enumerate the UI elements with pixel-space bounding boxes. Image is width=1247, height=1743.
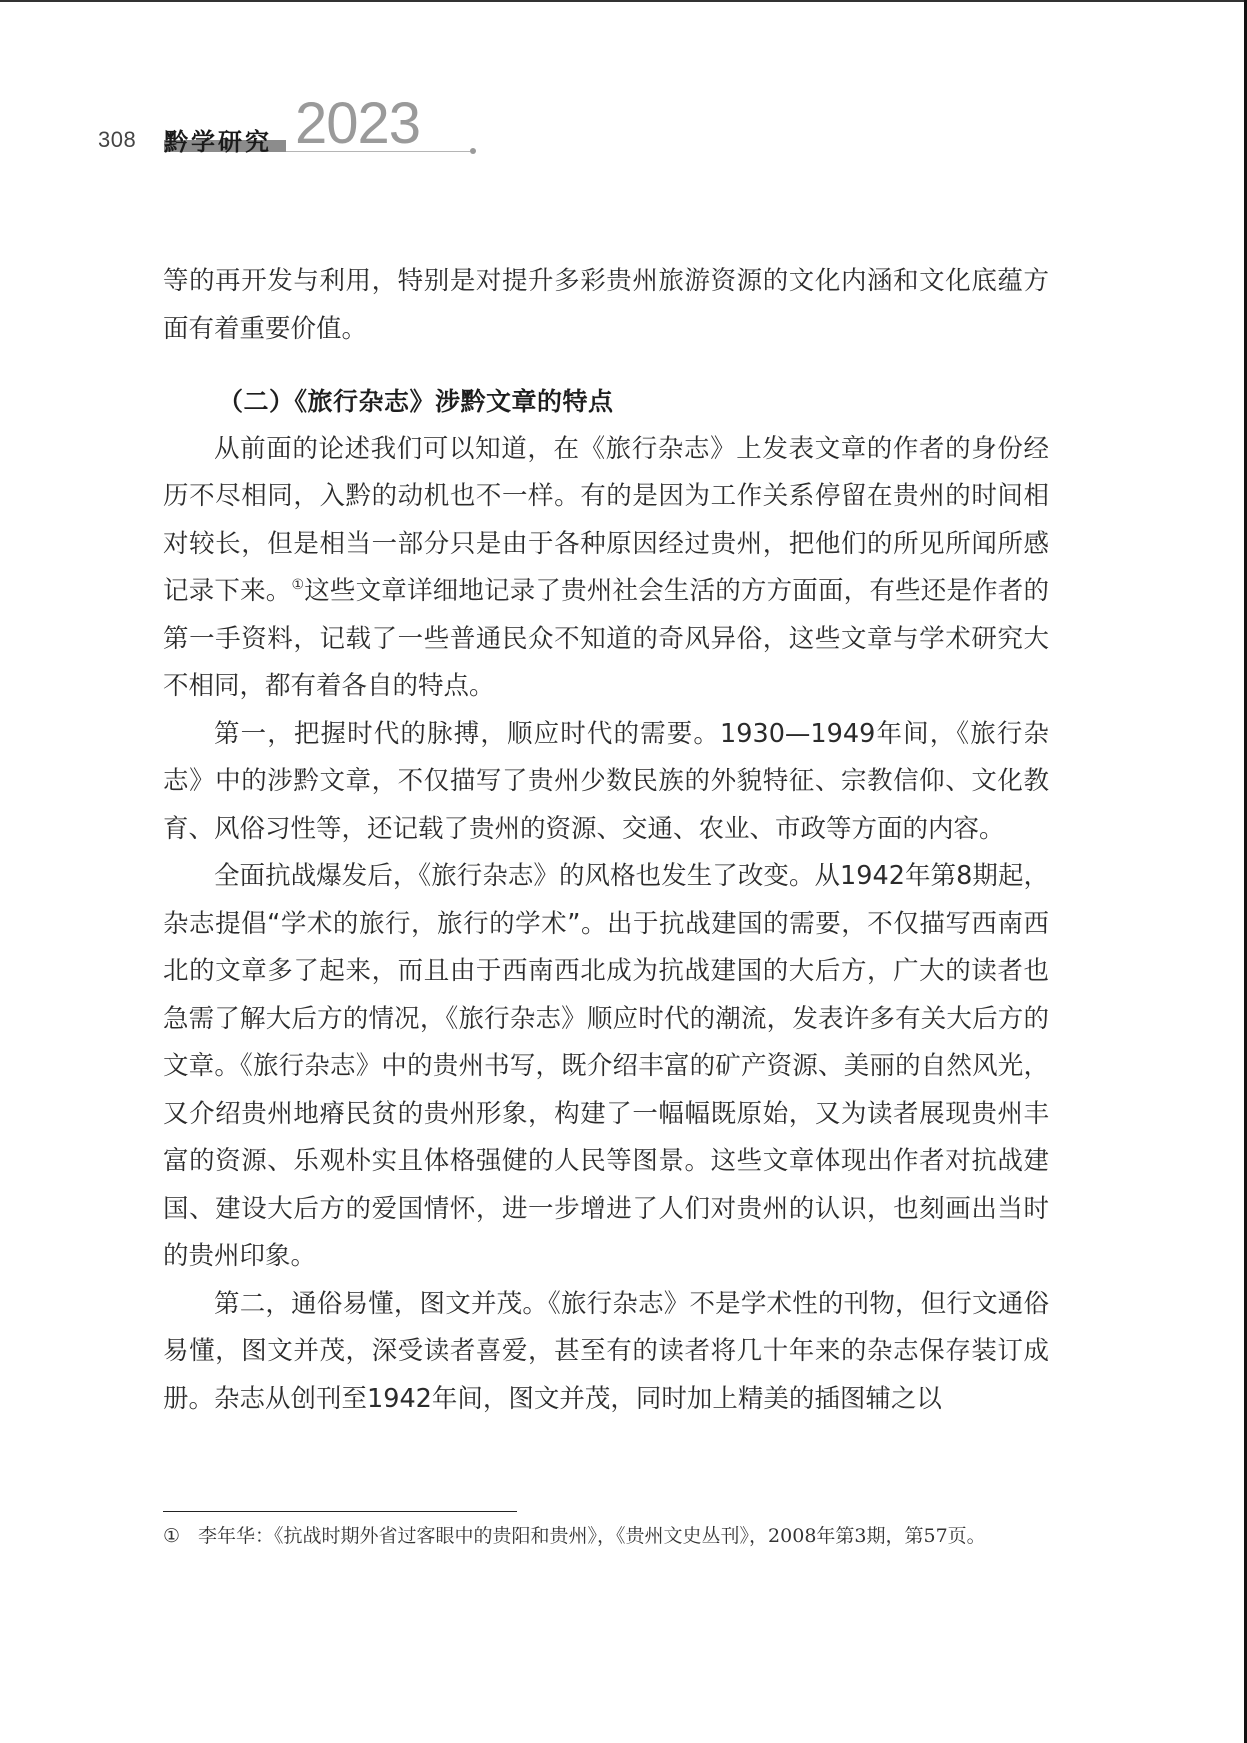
document-page: 308 黔学研究 2023 等的再开发与利用，特别是对提升多彩贵州旅游资源的文化… [0,0,1244,1743]
paragraph: 从前面的论述我们可以知道，在《旅行杂志》上发表文章的作者的身份经历不尽相同，入黔… [163,426,1049,711]
continuation-paragraph: 等的再开发与利用，特别是对提升多彩贵州旅游资源的文化内涵和文化底蕴方面有着重要价… [163,258,1049,353]
paragraph: 第一，把握时代的脉搏，顺应时代的需要。1930—1949年间，《旅行杂志》中的涉… [163,711,1049,854]
footnote-text: 李年华：《抗战时期外省过客眼中的贵阳和贵州》，《贵州文史丛刊》，2008年第3期… [198,1525,986,1547]
footnote: ①李年华：《抗战时期外省过客眼中的贵阳和贵州》，《贵州文史丛刊》，2008年第3… [163,1519,1049,1554]
header-rule [286,151,470,152]
paragraph-text: 这些文章详细地记录了贵州社会生活的方方面面，有些还是作者的第一手资料，记载了一些… [163,576,1049,701]
top-border [0,0,1245,2]
paragraph: 全面抗战爆发后，《旅行杂志》的风格也发生了改变。从1942年第8期起，杂志提倡“… [163,853,1049,1281]
header-dot [470,148,476,154]
page-number: 308 [98,127,136,153]
journal-title: 黔学研究 [164,122,272,157]
section-heading: （二）《旅行杂志》涉黔文章的特点 [163,378,1049,426]
body-text: 等的再开发与利用，特别是对提升多彩贵州旅游资源的文化内涵和文化底蕴方面有着重要价… [163,258,1049,1423]
running-header: 308 黔学研究 2023 [98,96,498,156]
journal-year: 2023 [295,90,420,157]
footnote-reference[interactable]: ① [291,577,304,593]
footnotes: ①李年华：《抗战时期外省过客眼中的贵阳和贵州》，《贵州文史丛刊》，2008年第3… [163,1519,1049,1554]
footnote-marker: ① [163,1519,180,1554]
footnote-rule [163,1511,517,1512]
paragraph: 第二，通俗易懂，图文并茂。《旅行杂志》不是学术性的刊物，但行文通俗易懂，图文并茂… [163,1281,1049,1424]
